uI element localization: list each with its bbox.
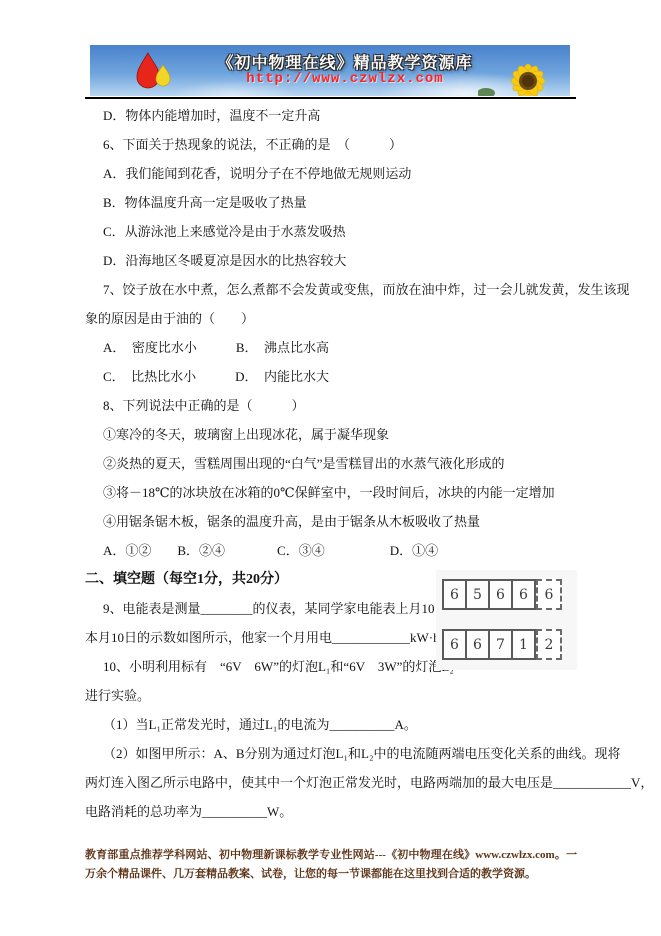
text-line: ②炎热的夏天，雪糕周围出现的“白气”是雪糕冒出的水蒸气液化形成的 <box>85 449 585 478</box>
text-line: （2）如图甲所示：A、B分别为通过灯泡L₁和L₂中的电流随两端电压变化关系的曲线… <box>85 739 585 768</box>
text-line: A． 密度比水小 B． 沸点比水高 <box>85 333 585 362</box>
text-line: D．物体内能增加时，温度不一定升高 <box>85 101 585 130</box>
text-line: C．从游泳池上来感觉冷是由于水蒸发吸热 <box>85 217 585 246</box>
meter-digit: 6 <box>513 581 536 608</box>
banner-title: 《初中物理在线》精品教学资源库 <box>180 50 510 73</box>
text-line: ④用锯条锯木板，锯条的温度升高，是由于锯条从木板吸收了热量 <box>85 507 585 536</box>
meter-digit: 6 <box>536 579 562 610</box>
meter-digit: 6 <box>467 631 490 658</box>
text-line: B．物体温度升高一定是吸收了热量 <box>85 188 585 217</box>
electric-meter-figure: 6566666712 <box>436 570 577 670</box>
header-divider <box>85 97 576 99</box>
meter-digit: 6 <box>444 581 467 608</box>
meter-digit: 1 <box>513 631 536 658</box>
text-line: A．我们能闻到花香，说明分子在不停地做无规则运动 <box>85 159 585 188</box>
meter-digit: 7 <box>490 631 513 658</box>
text-line: 8、下列说法中正确的是（ ） <box>85 391 585 420</box>
text-line: 电路消耗的总功率为__________W。 <box>85 797 585 826</box>
text-line: 7、饺子放在水中煮，怎么煮都不会发黄或变焦，而放在油中炸，过一会儿就发黄，发生该… <box>85 275 585 304</box>
document-page: 《初中物理在线》精品教学资源库 http://www.czwlzx.com D．… <box>0 0 661 936</box>
text-line: D．沿海地区冬暖夏凉是因水的比热容较大 <box>85 246 585 275</box>
text-line: 6、下面关于热现象的说法，不正确的是 （ ） <box>85 130 585 159</box>
sunflower-image <box>478 53 564 96</box>
text-line: A．①② B．②④ C．③④ D．①④ <box>85 536 585 565</box>
text-line: 两灯连入图乙所示电路中，使其中一个灯泡正常发光时，电路两端加的最大电压是____… <box>85 768 585 797</box>
text-line: 象的原因是由于油的（ ） <box>85 304 585 333</box>
meter-digit: 2 <box>536 629 562 660</box>
meter-digit: 6 <box>490 581 513 608</box>
text-line: 进行实验。 <box>85 681 585 710</box>
text-line: ①寒冷的冬天，玻璃窗上出现冰花，属于凝华现象 <box>85 420 585 449</box>
text-line: C． 比热比水小 D． 内能比水大 <box>85 362 585 391</box>
exam-content: D．物体内能增加时，温度不一定升高6、下面关于热现象的说法，不正确的是 （ ）A… <box>85 101 585 826</box>
site-banner: 《初中物理在线》精品教学资源库 http://www.czwlzx.com <box>90 45 570 96</box>
banner-url: http://www.czwlzx.com <box>180 71 510 87</box>
footer-text: 教育部重点推荐学科网站、初中物理新课标教学专业性网站---《初中物理在线》www… <box>85 846 577 884</box>
text-line: （1）当L₁正常发光时，通过L₁的电流为__________A。 <box>85 710 585 739</box>
text-line: ③将－18℃的冰块放在冰箱的0℃保鲜室中，一段时间后，冰块的内能一定增加 <box>85 478 585 507</box>
meter-register-row: 66712 <box>442 629 562 660</box>
meter-digit: 6 <box>444 631 467 658</box>
meter-digit: 5 <box>467 581 490 608</box>
flame-logo-icon <box>132 51 176 93</box>
meter-register-row: 65666 <box>442 579 562 610</box>
